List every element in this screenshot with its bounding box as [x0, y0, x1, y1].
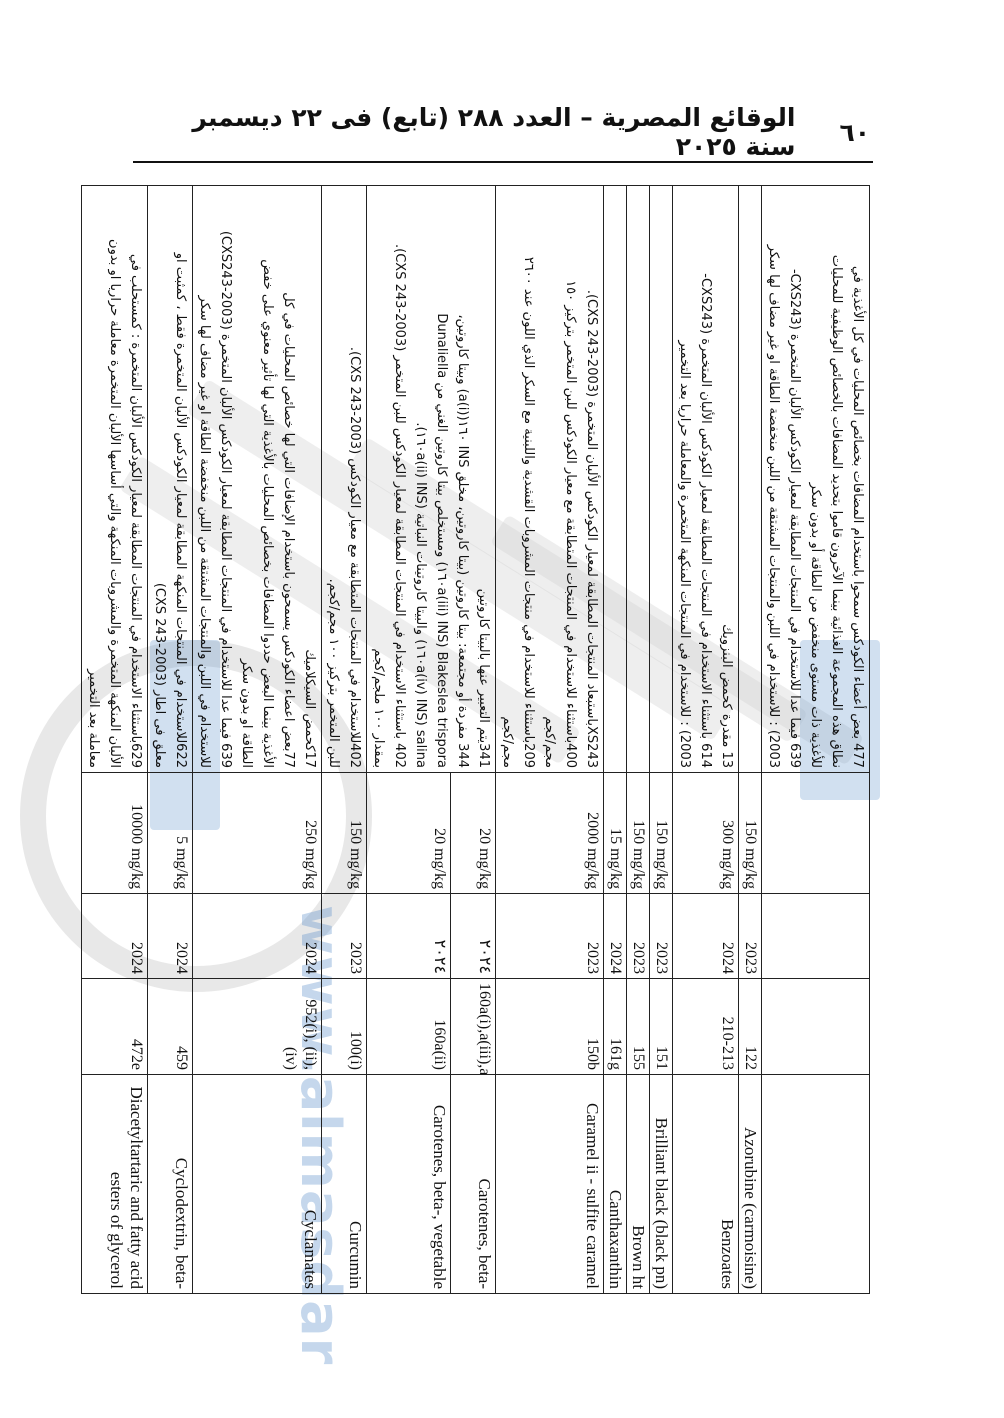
ins-number-cell	[762, 979, 870, 1075]
additive-name-cell: Azorubine (carmoisine)	[739, 1075, 762, 1294]
year-cell: ٢٠٢٤	[450, 894, 495, 979]
table-row: 341يتم التعبير عنها بالبيتا كاروتين344 م…	[450, 186, 495, 1294]
table-row: 150 mg/kg2023151Brilliant black (black p…	[650, 186, 673, 1294]
year-cell: 2024	[148, 894, 193, 979]
year-cell: 2023	[627, 894, 650, 979]
max-level-cell: 2000 mg/kg	[496, 773, 604, 894]
notes-cell	[627, 186, 650, 773]
ins-number-cell: 952(i), (ii), (iv)	[193, 979, 322, 1075]
notes-cell: 13 مقدرة كحمض البنزويك614 باستثناء الاست…	[673, 186, 739, 773]
note-line: 344 مفردة أو مجتمعة: بيتا كاروتين (بيتا …	[452, 190, 473, 768]
year-cell: 2024	[82, 894, 148, 979]
note-line: 402للاستخدام في المنتجات المتطابقة مع مع…	[344, 190, 365, 768]
ins-number-cell: 472e	[82, 979, 148, 1075]
gazette-title: الوقائع المصرية – العدد ٢٨٨ (تابع) فى ٢٢…	[150, 103, 795, 161]
note-line: للأغذية ذات مستوى منخفض من الطاقة أو بدو…	[805, 190, 826, 768]
page-header: ٦٠ الوقائع المصرية – العدد ٢٨٨ (تابع) فى…	[150, 112, 870, 152]
ins-number-cell: 160a(i),a(iii),a(iv)	[450, 979, 495, 1075]
notes-cell	[604, 186, 627, 773]
additive-name-cell: Benzoates	[673, 1075, 739, 1294]
additive-name-cell: Carotenes, beta-	[450, 1075, 495, 1294]
table-row: 402للاستخدام في المنتجات المتطابقة مع مع…	[322, 186, 367, 1294]
additive-name-cell: Brilliant black (black pn)	[650, 1075, 673, 1294]
note-line: بمقدار ١٠٠ ملجم/كجم	[368, 190, 389, 768]
note-line: 17كحمض السيكلاميك	[299, 190, 320, 768]
note-line: 2003) : للاستخدام في اللبن والمنتجات الم…	[763, 190, 784, 768]
table-row: 17كحمض السيكلاميك77بعض اعضاء الكودكس يسم…	[193, 186, 322, 1294]
note-line: معاملة بعد التخمير	[83, 190, 104, 768]
note-line: 629باستثناء الاستخدام في المنتجات المطاب…	[125, 190, 146, 768]
note-line: XS243باستبعاد المنتجات المطابقة لمعيار ا…	[581, 190, 602, 768]
note-line: 402 باستثناء الاستخدام في المنتجات المطا…	[389, 190, 410, 768]
notes-cell: 402للاستخدام في المنتجات المتطابقة مع مع…	[322, 186, 367, 773]
ins-number-cell: 210-213	[673, 979, 739, 1075]
note-line: 614 باستثناء الاستخدام في المنتجات المطا…	[695, 190, 716, 768]
year-cell: 2024	[193, 894, 322, 979]
ins-number-cell: 155	[627, 979, 650, 1075]
notes-cell: 629باستثناء الاستخدام في المنتجات المطاب…	[82, 186, 148, 773]
additive-name-cell: Curcumin	[322, 1075, 367, 1294]
note-line: 622للاستخدام في المنتجات المنكهة المطابق…	[170, 190, 191, 768]
header-divider	[133, 161, 873, 163]
year-cell: 2023	[322, 894, 367, 979]
additive-name-cell	[762, 1075, 870, 1294]
max-level-cell: 150 mg/kg	[739, 773, 762, 894]
note-line: للبن المتخمر بتركيز ١٠٠ مجم/كجم.	[323, 190, 344, 768]
year-cell: 2023	[496, 894, 604, 979]
ins-number-cell: 150b	[496, 979, 604, 1075]
max-level-cell: 250 mg/kg	[193, 773, 322, 894]
note-line: 341يتم التعبير عنها بالبيتا كاروتين	[473, 190, 494, 768]
notes-cell	[739, 186, 762, 773]
additive-name-cell: Caramel ii - sulfite caramel	[496, 1075, 604, 1294]
note-line: 477 بعض أعضاء الكودكس سمحوا باستخدام الم…	[847, 190, 868, 768]
max-level-cell: 150 mg/kg	[650, 773, 673, 894]
max-level-cell: 150 mg/kg	[322, 773, 367, 894]
max-level-cell: 5 mg/kg	[148, 773, 193, 894]
year-cell: ٢٠٢٤	[367, 894, 451, 979]
table-row: 13 مقدرة كحمض البنزويك614 باستثناء الاست…	[673, 186, 739, 1294]
note-line: 13 مقدرة كحمض البنزويك	[716, 190, 737, 768]
additive-name-cell: Cyclodextrin, beta-	[148, 1075, 193, 1294]
additive-name-cell: Carotenes, beta-, vegetable	[367, 1075, 451, 1294]
note-line: 2003) : للاستخدام في المنتجات المنكهة ال…	[674, 190, 695, 768]
note-line: الألبان المنكهة المتخمرة والمشروبات المن…	[104, 190, 125, 768]
ins-number-cell: 459	[148, 979, 193, 1075]
max-level-cell	[762, 773, 870, 894]
year-cell: 2024	[604, 894, 627, 979]
additives-table: 477 بعض أعضاء الكودكس سمحوا باستخدام الم…	[133, 185, 870, 1293]
note-line: 209باستثناء للاستخدام في منتجات المشروبا…	[518, 190, 539, 768]
ins-number-cell: 161g	[604, 979, 627, 1075]
note-line: للاستخدام في اللبن والمنتجات المشتقة من …	[194, 190, 215, 768]
ins-number-cell: 122	[739, 979, 762, 1075]
note-line: 639 فيما عدا للاستخدام في المنتجات المطا…	[215, 190, 236, 768]
ins-number-cell: 100(i)	[322, 979, 367, 1075]
notes-cell	[650, 186, 673, 773]
notes-cell: 477 بعض أعضاء الكودكس سمحوا باستخدام الم…	[762, 186, 870, 773]
max-level-cell: 20 mg/kg	[367, 773, 451, 894]
max-level-cell: 10000 mg/kg	[82, 773, 148, 894]
additive-name-cell: Cyclamates	[193, 1075, 322, 1294]
year-cell: 2024	[673, 894, 739, 979]
max-level-cell: 150 mg/kg	[627, 773, 650, 894]
additive-name-cell: Diacetyltartaric and fatty acid esters o…	[82, 1075, 148, 1294]
max-level-cell: 300 mg/kg	[673, 773, 739, 894]
table-row: 477 بعض أعضاء الكودكس سمحوا باستخدام الم…	[762, 186, 870, 1294]
note-line: Blakeslea trispora (INS ١٦٠a(iii)) ومستخ…	[431, 190, 452, 768]
notes-cell: XS243باستبعاد المنتجات المطابقة لمعيار ا…	[496, 186, 604, 773]
table-row: 15 mg/kg2024161gCanthaxanthin	[604, 186, 627, 1294]
note-line: مجم/كجم	[497, 190, 518, 768]
note-line: معلق فى اطار (CXS 243-2003)	[149, 190, 170, 768]
year-cell: 2023	[650, 894, 673, 979]
table-row: 150 mg/kg2023155Brown ht	[627, 186, 650, 1294]
year-cell: 2023	[739, 894, 762, 979]
table-row: 622للاستخدام في المنتجات المنكهة المطابق…	[148, 186, 193, 1294]
ins-number-cell: 160a(ii)	[367, 979, 451, 1075]
year-cell	[762, 894, 870, 979]
page-number: ٦٠	[839, 118, 870, 147]
note-line: الأغذية بينما البعض حددوا المضافات بخصائ…	[257, 190, 278, 768]
notes-cell: 622للاستخدام في المنتجات المنكهة المطابق…	[148, 186, 193, 773]
note-line: salina (INS ١٦٠a(iv)) والبيتا كاروتينات …	[410, 190, 431, 768]
max-level-cell: 15 mg/kg	[604, 773, 627, 894]
notes-cell: 17كحمض السيكلاميك77بعض اعضاء الكودكس يسم…	[193, 186, 322, 773]
note-line: 400باستثناء للاستخدام في المنتجات المتطا…	[560, 190, 581, 768]
additive-name-cell: Canthaxanthin	[604, 1075, 627, 1294]
ins-number-cell: 151	[650, 979, 673, 1075]
table-row: 629باستثناء الاستخدام في المنتجات المطاب…	[82, 186, 148, 1294]
table-row: XS243باستبعاد المنتجات المطابقة لمعيار ا…	[496, 186, 604, 1294]
note-line: نطاق هذه المجموعة الغذائية بينما الآخرون…	[826, 190, 847, 768]
notes-cell: 341يتم التعبير عنها بالبيتا كاروتين344 م…	[367, 186, 496, 773]
note-line: 77بعض اعضاء الكودكس يسمحون باستخدام الإض…	[278, 190, 299, 768]
note-line: مجم/كجم	[539, 190, 560, 768]
note-line: 639 فيما عدا للاستخدام في المنتجات المطا…	[784, 190, 805, 768]
note-line: الطاقة او بدون سكر	[236, 190, 257, 768]
table-row: 150 mg/kg2023122Azorubine (carmoisine)	[739, 186, 762, 1294]
additive-name-cell: Brown ht	[627, 1075, 650, 1294]
max-level-cell: 20 mg/kg	[450, 773, 495, 894]
